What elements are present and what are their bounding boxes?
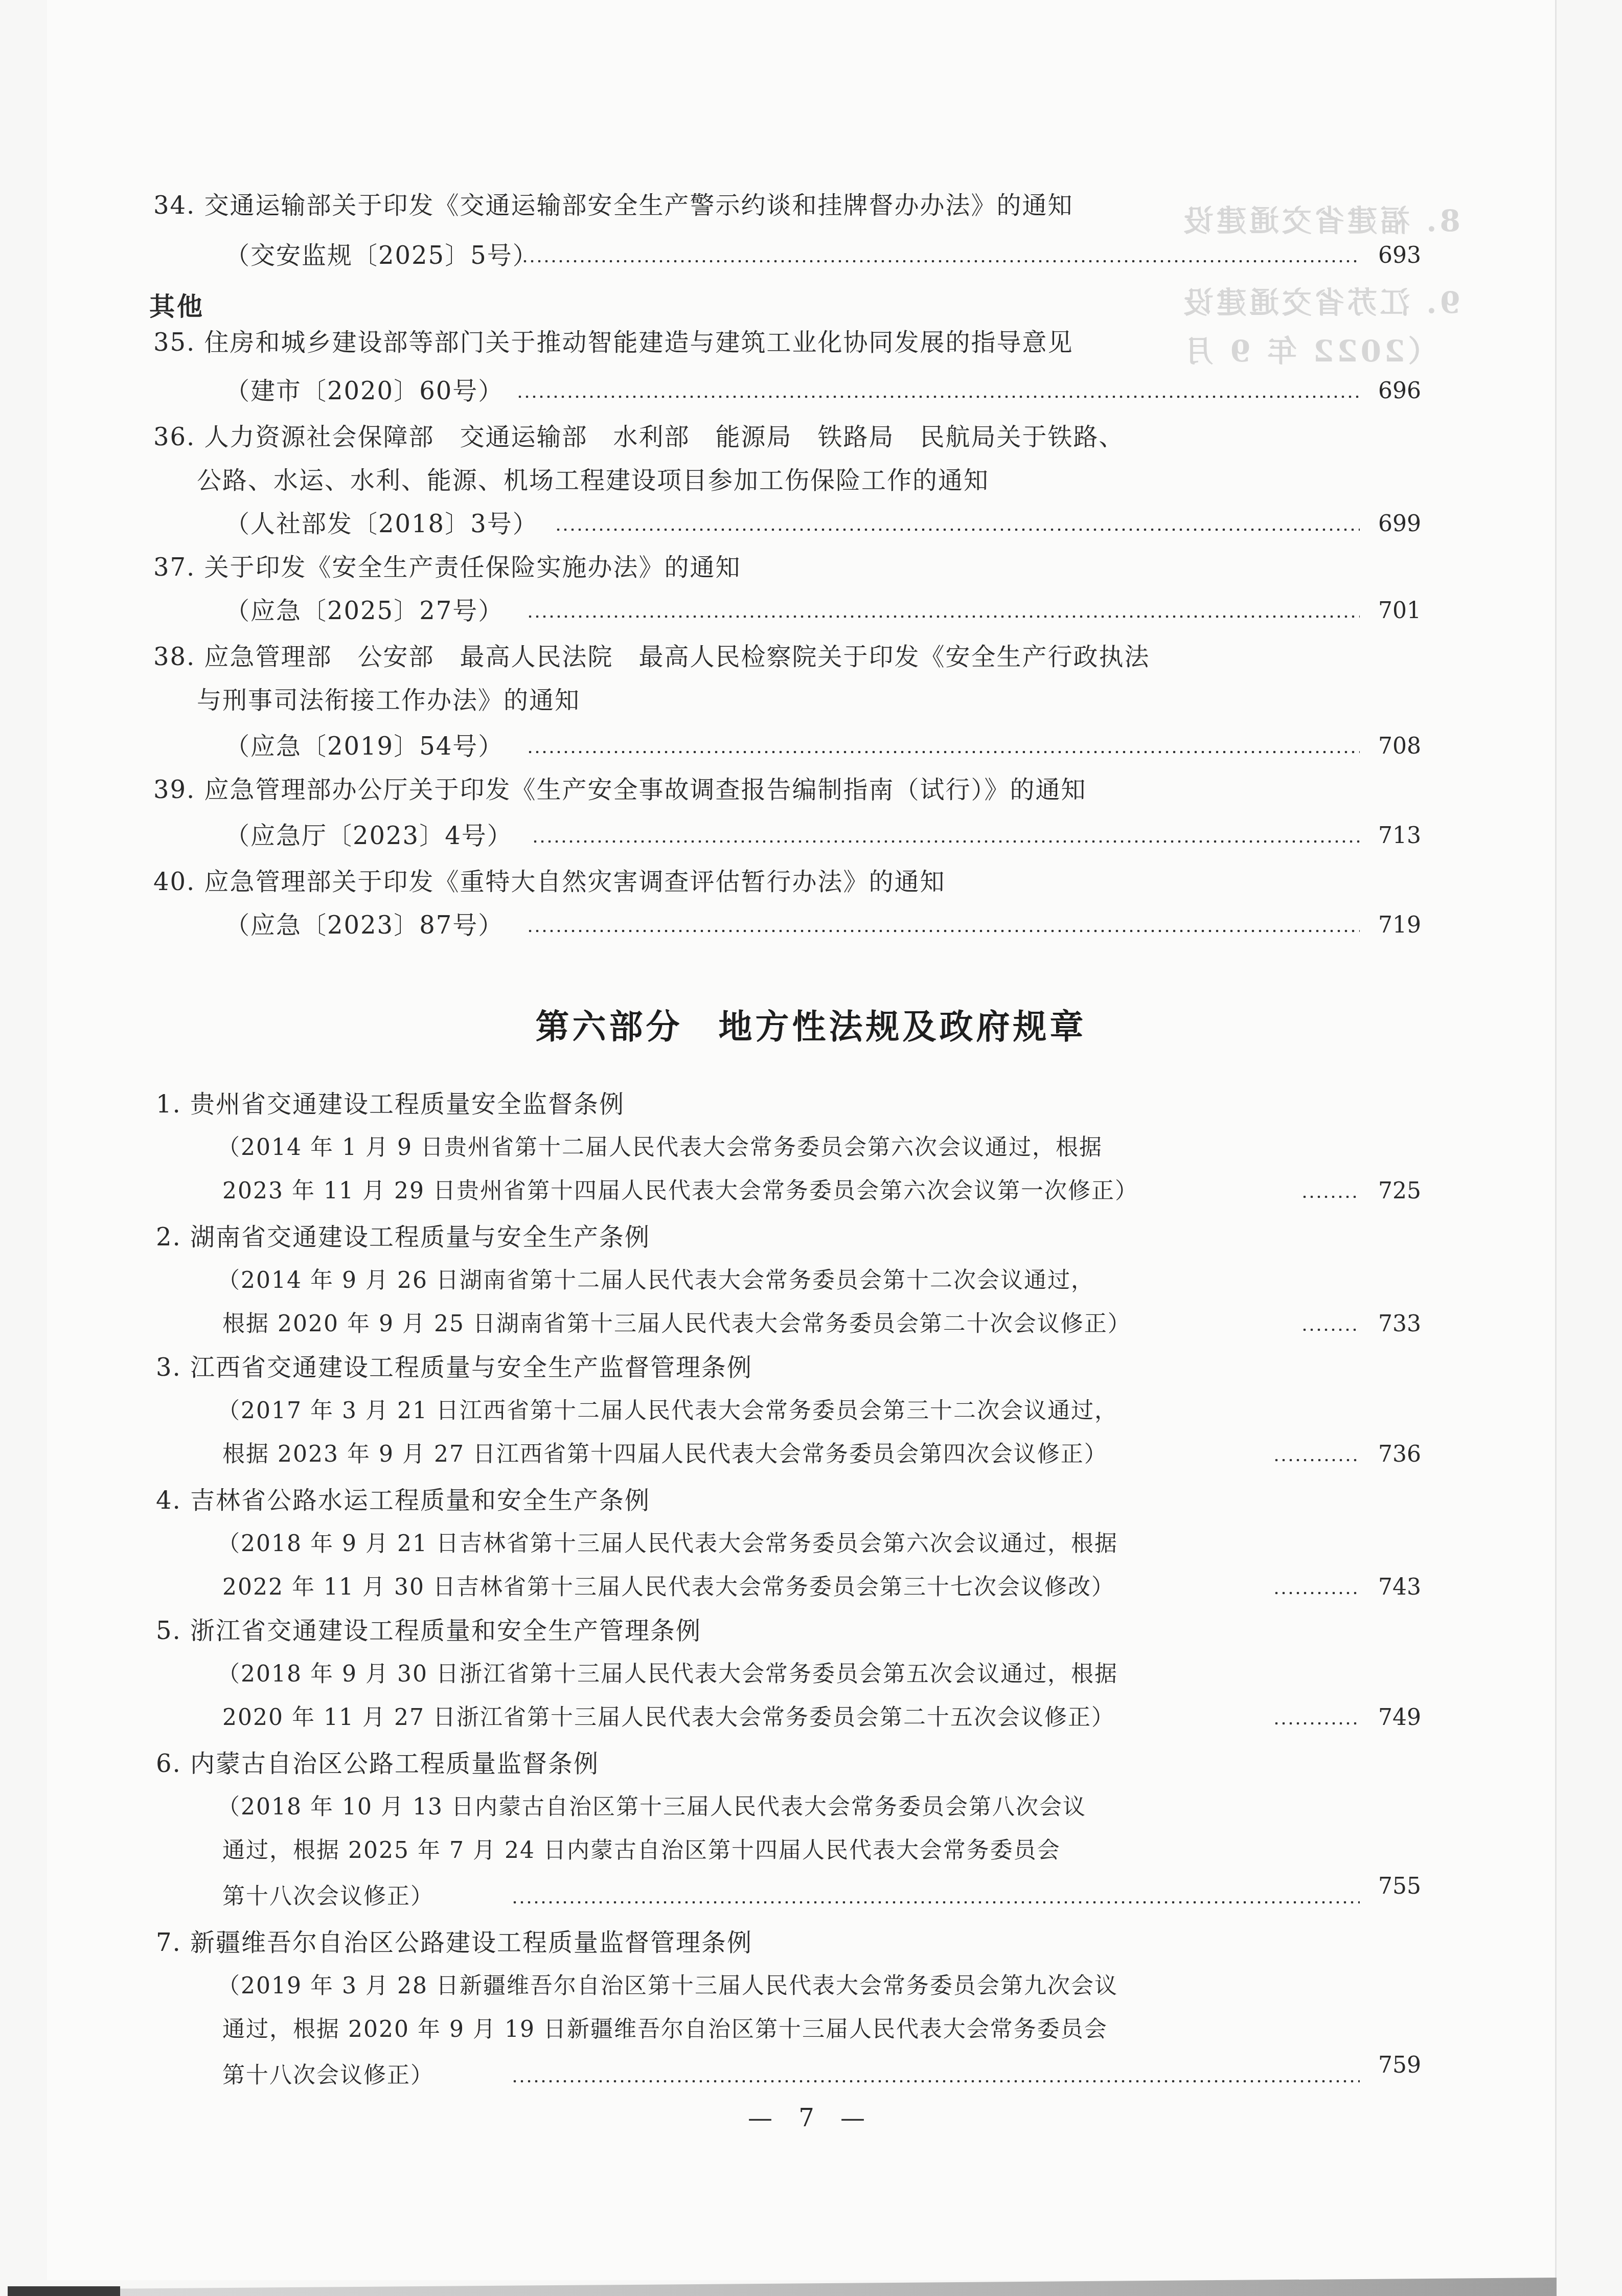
toc-page-number[interactable]: 743: [1360, 1572, 1421, 1603]
toc-page-number[interactable]: 708: [1360, 731, 1421, 762]
toc-page-number[interactable]: 696: [1360, 376, 1421, 406]
toc-entry-title: 关于印发《安全生产责任保险实施办法》的通知: [204, 553, 741, 582]
scan-edge-shadow: [8, 2286, 120, 2296]
toc-entry-35-title[interactable]: 35. 住房和城乡建设部等部门关于推动智能建造与建筑工业化协同发展的指导意见: [153, 327, 1073, 358]
toc-entry-38-title-cont: 与刑事司法衔接工作办法》的通知: [197, 685, 580, 716]
toc-entry-number: 37.: [153, 553, 195, 582]
toc-entry-note: （2017 年 3 月 21 日江西省第十二届人民代表大会常务委员会第三十二次会…: [217, 1396, 1118, 1426]
toc-entry-note: （2018 年 10 月 13 日内蒙古自治区第十三届人民代表大会常务委员会第八…: [217, 1792, 1086, 1823]
toc-entry-title: 浙江省交通建设工程质量和安全生产管理条例: [190, 1617, 701, 1645]
toc-page-number[interactable]: 755: [1360, 1871, 1421, 1902]
toc-entry-title: 内蒙古自治区公路工程质量监督条例: [190, 1749, 599, 1778]
toc-entry-number: 39.: [153, 776, 195, 804]
toc-entry-number: 6.: [156, 1749, 181, 1778]
toc-entry-note: 第十八次会议修正）: [222, 1881, 434, 1912]
toc-page-number[interactable]: 693: [1360, 240, 1421, 271]
toc-page-number[interactable]: 733: [1360, 1309, 1421, 1339]
toc-page-number[interactable]: 699: [1360, 509, 1421, 539]
toc-entry-s6-3-title[interactable]: 3. 江西省交通建设工程质量与安全生产监督管理条例: [156, 1352, 752, 1383]
toc-page-number[interactable]: 749: [1360, 1702, 1421, 1733]
scan-edge-wedge: [120, 2278, 1557, 2296]
toc-page-number[interactable]: 725: [1360, 1176, 1421, 1207]
toc-entry-number: 3.: [156, 1353, 181, 1382]
toc-entry-36-docno: （人社部发〔2018〕3号）: [225, 509, 538, 539]
toc-entry-note: 2022 年 11 月 30 日吉林省第十三届人民代表大会常务委员会第三十七次会…: [222, 1572, 1115, 1603]
toc-entry-number: 35.: [153, 328, 195, 357]
bleed-through-text: 8. 福建省交通建设: [1181, 197, 1460, 240]
toc-page-number[interactable]: 759: [1360, 2050, 1421, 2081]
dot-leader: [532, 821, 1360, 851]
toc-entry-note: （2019 年 3 月 28 日新疆维吾尔自治区第十三届人民代表大会常务委员会第…: [217, 1971, 1118, 2002]
toc-entry-note: 通过，根据 2025 年 7 月 24 日内蒙古自治区第十四届人民代表大会常务委…: [222, 1835, 1061, 1866]
toc-entry-note: （2014 年 9 月 26 日湖南省第十二届人民代表大会常务委员会第十二次会议…: [217, 1265, 1094, 1296]
toc-entry-34-title[interactable]: 34. 交通运输部关于印发《交通运输部安全生产警示约谈和挂牌督办办法》的通知: [153, 190, 1073, 221]
dot-leader: [555, 509, 1360, 539]
toc-entry-37-title[interactable]: 37. 关于印发《安全生产责任保险实施办法》的通知: [153, 552, 741, 583]
bleed-through-text: 9. 江苏省交通建设: [1181, 279, 1460, 322]
section-name: 地方性法规及政府规章: [719, 1007, 1087, 1047]
toc-entry-37-docno: （应急〔2025〕27号）: [225, 596, 504, 626]
section-part-label: 第六部分: [536, 1007, 683, 1047]
toc-entry-s6-5-title[interactable]: 5. 浙江省交通建设工程质量和安全生产管理条例: [156, 1616, 701, 1646]
toc-entry-s6-4-title[interactable]: 4. 吉林省公路水运工程质量和安全生产条例: [156, 1485, 650, 1516]
toc-entry-38-docno: （应急〔2019〕54号）: [225, 731, 504, 762]
toc-entry-note: 通过，根据 2020 年 9 月 19 日新疆维吾尔自治区第十三届人民代表大会常…: [222, 2014, 1108, 2045]
toc-entry-s6-7-title[interactable]: 7. 新疆维吾尔自治区公路建设工程质量监督管理条例: [156, 1927, 752, 1958]
toc-entry-s6-1-title[interactable]: 1. 贵州省交通建设工程质量安全监督条例: [156, 1089, 625, 1120]
toc-entry-title: 应急管理部办公厅关于印发《生产安全事故调查报告编制指南（试行）》的通知: [204, 776, 1087, 804]
toc-entry-40-title[interactable]: 40. 应急管理部关于印发《重特大自然灾害调查评估暂行办法》的通知: [153, 867, 946, 897]
toc-entry-title: 应急管理部 公安部 最高人民法院 最高人民检察院关于印发《安全生产行政执法: [204, 643, 1150, 671]
toc-entry-note: 根据 2020 年 9 月 25 日湖南省第十三届人民代表大会常务委员会第二十次…: [222, 1309, 1131, 1339]
toc-entry-number: 38.: [153, 643, 195, 671]
toc-entry-36-title[interactable]: 36. 人力资源社会保障部 交通运输部 水利部 能源局 铁路局 民航局关于铁路、: [153, 422, 1125, 452]
toc-entry-title: 吉林省公路水运工程质量和安全生产条例: [190, 1486, 650, 1515]
toc-entry-39-title[interactable]: 39. 应急管理部办公厅关于印发《生产安全事故调查报告编制指南（试行）》的通知: [153, 775, 1087, 805]
toc-entry-40-docno: （应急〔2023〕87号）: [225, 910, 504, 941]
toc-entry-number: 4.: [156, 1486, 181, 1515]
toc-page-number[interactable]: 701: [1360, 596, 1421, 626]
toc-entry-title: 江西省交通建设工程质量与安全生产监督管理条例: [190, 1353, 752, 1382]
toc-entry-note: 2023 年 11 月 29 日贵州省第十四届人民代表大会常务委员会第六次会议第…: [222, 1176, 1138, 1207]
dot-leader: [1301, 1309, 1360, 1339]
toc-entry-title: 人力资源社会保障部 交通运输部 水利部 能源局 铁路局 民航局关于铁路、: [204, 423, 1125, 451]
toc-entry-number: 2.: [156, 1223, 181, 1252]
toc-entry-note: 2020 年 11 月 27 日浙江省第十三届人民代表大会常务委员会第二十五次会…: [222, 1702, 1115, 1733]
toc-entry-note: 根据 2023 年 9 月 27 日江西省第十四届人民代表大会常务委员会第四次会…: [222, 1439, 1108, 1470]
dot-leader: [511, 1881, 1360, 1912]
toc-page-number[interactable]: 713: [1360, 821, 1421, 851]
dot-leader: [1273, 1702, 1360, 1733]
toc-page-number[interactable]: 719: [1360, 910, 1421, 941]
toc-entry-number: 36.: [153, 423, 195, 451]
toc-entry-number: 1.: [156, 1090, 181, 1119]
toc-entry-number: 7.: [156, 1928, 181, 1957]
toc-entry-39-docno: （应急厅〔2023〕4号）: [225, 821, 513, 851]
toc-entry-title: 新疆维吾尔自治区公路建设工程质量监督管理条例: [190, 1928, 752, 1957]
dot-leader: [1301, 1176, 1360, 1207]
bleed-through-text: （2022 年 9 月: [1181, 327, 1437, 370]
toc-entry-title: 交通运输部关于印发《交通运输部安全生产警示约谈和挂牌督办办法》的通知: [204, 191, 1073, 220]
subsection-heading-other: 其他: [149, 286, 204, 323]
toc-entry-number: 5.: [156, 1617, 181, 1645]
dot-leader: [527, 731, 1360, 762]
toc-entry-title: 应急管理部关于印发《重特大自然灾害调查评估暂行办法》的通知: [204, 868, 946, 896]
page-number: — 7 —: [0, 2104, 1622, 2132]
toc-entry-34-docno: （交安监规〔2025〕5号）: [225, 240, 538, 271]
toc-entry-title: 贵州省交通建设工程质量安全监督条例: [190, 1090, 625, 1119]
toc-entry-title: 住房和城乡建设部等部门关于推动智能建造与建筑工业化协同发展的指导意见: [204, 328, 1073, 357]
toc-entry-title: 湖南省交通建设工程质量与安全生产条例: [190, 1223, 650, 1252]
toc-entry-s6-6-title[interactable]: 6. 内蒙古自治区公路工程质量监督条例: [156, 1748, 599, 1779]
toc-entry-note: 第十八次会议修正）: [222, 2060, 434, 2091]
toc-entry-note: （2014 年 1 月 9 日贵州省第十二届人民代表大会常务委员会第六次会议通过…: [217, 1132, 1103, 1163]
dot-leader: [527, 910, 1360, 941]
toc-entry-number: 40.: [153, 868, 195, 896]
dot-leader: [1273, 1572, 1360, 1603]
toc-entry-38-title[interactable]: 38. 应急管理部 公安部 最高人民法院 最高人民检察院关于印发《安全生产行政执…: [153, 642, 1150, 672]
toc-entry-s6-2-title[interactable]: 2. 湖南省交通建设工程质量与安全生产条例: [156, 1222, 650, 1253]
toc-entry-36-title-cont: 公路、水运、水利、能源、机场工程建设项目参加工伤保险工作的通知: [197, 465, 989, 496]
toc-page-number[interactable]: 736: [1360, 1439, 1421, 1470]
toc-entry-35-docno: （建市〔2020〕60号）: [225, 376, 504, 406]
dot-leader: [511, 2060, 1360, 2091]
section-title-part6: 第六部分地方性法规及政府规章: [0, 999, 1622, 1048]
dot-leader: [521, 240, 1360, 271]
toc-entry-note: （2018 年 9 月 21 日吉林省第十三届人民代表大会常务委员会第六次会议通…: [217, 1529, 1118, 1559]
toc-entry-note: （2018 年 9 月 30 日浙江省第十三届人民代表大会常务委员会第五次会议通…: [217, 1659, 1118, 1690]
toc-entry-number: 34.: [153, 191, 195, 220]
dot-leader: [1273, 1439, 1360, 1470]
dot-leader: [527, 596, 1360, 626]
dot-leader: [516, 376, 1360, 406]
